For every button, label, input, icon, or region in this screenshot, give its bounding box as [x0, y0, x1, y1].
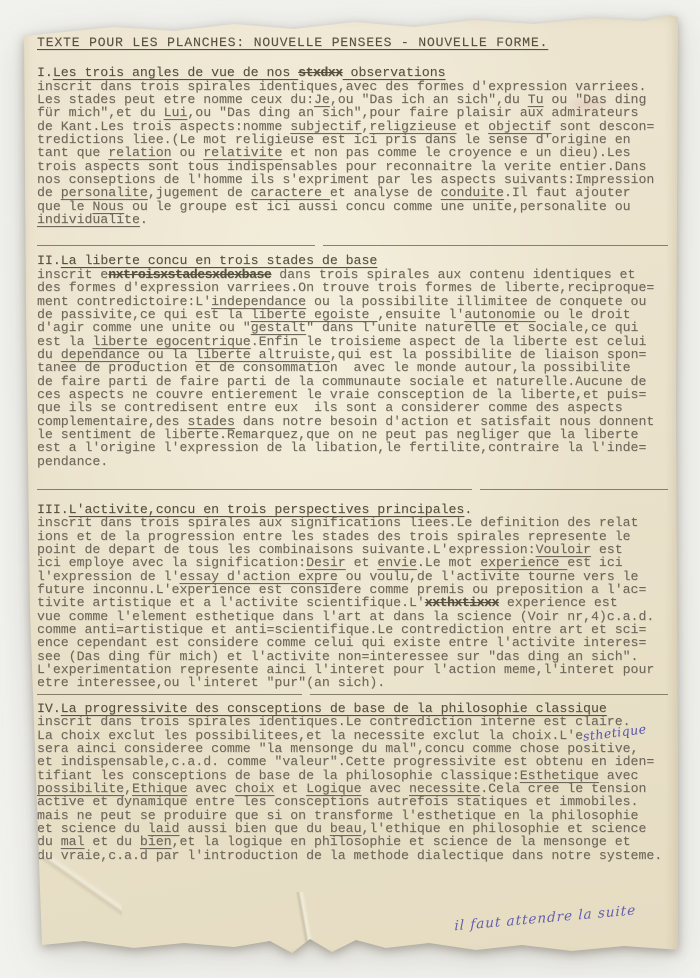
text-line: complementaire,des stades dans notre bes…: [37, 415, 668, 428]
typed-text: etre interessee,ou l'interet "pur"(an si…: [37, 675, 385, 690]
text-line: mais ne peut se produire que si on trans…: [37, 809, 668, 822]
divider-segment: [37, 694, 302, 695]
typed-text: ou le groupe est ici aussi concu comme u…: [124, 199, 630, 214]
text-line: La choix exclut les possibilitees,et la …: [37, 728, 668, 741]
typed-divider-rule: [37, 245, 668, 246]
text-line: ment contredictoire:L'independance ou la…: [37, 295, 668, 308]
text-line: inscrit dans trois spirales aux signific…: [37, 516, 668, 529]
text-line: l'expression de l'essay d'action expre o…: [37, 570, 668, 583]
scan-background: TEXTE POUR LES PLANCHES: NOUVELLE PENSEE…: [0, 0, 700, 978]
text-line: L'experimentation represente ainci l'int…: [37, 663, 668, 676]
text-line: inscrit enxtroisxstadesxdexbase dans tro…: [37, 268, 668, 281]
section-heading: III.L'activite,concu en trois perspectiv…: [37, 503, 668, 516]
text-line: que ils se contredisent entre eux ils so…: [37, 401, 668, 414]
text-line: du vraie,c.a.d par l'introduction de la …: [37, 849, 668, 862]
text-line: individualite.: [37, 213, 668, 226]
typed-text: du vraie,c.a.d par l'introduction de la …: [37, 848, 662, 863]
text-line: comme anti=artistique et anti=scientifiq…: [37, 623, 668, 636]
text-line: tanee de production et de consommation a…: [37, 361, 668, 374]
text-line: pendance.: [37, 455, 668, 468]
section-heading: IV.La progressivite des consceptions de …: [37, 702, 668, 715]
text-line: tivite artistique et a l'activite scient…: [37, 596, 668, 609]
typed-text: .: [140, 212, 148, 227]
text-line: du dependance ou la liberte altruiste,qu…: [37, 348, 668, 361]
typed-content: TEXTE POUR LES PLANCHES: NOUVELLE PENSEE…: [37, 36, 668, 862]
text-line: ence cependant est considere comme celui…: [37, 636, 668, 649]
text-line: see (Das ding für mich) et l'activite no…: [37, 650, 668, 663]
divider-segment: [310, 694, 668, 695]
text-line: vue comme l'element esthetique dans l'ar…: [37, 610, 668, 623]
text-line: für mich",et du Lui,ou "Das ding an sich…: [37, 106, 668, 119]
text-line: de passivite,ce qui est la liberte egois…: [37, 308, 668, 321]
typed-divider-rule: [37, 694, 668, 695]
section-heading: II.La liberte concu en trois stades de b…: [37, 254, 668, 267]
paper-sheet: TEXTE POUR LES PLANCHES: NOUVELLE PENSEE…: [24, 12, 678, 956]
text-line: sera ainci consideree comme "la mensonge…: [37, 742, 668, 755]
text-line: de faire parti de faire parti de la comm…: [37, 375, 668, 388]
typed-divider-rule: [37, 489, 668, 490]
section-IV: IV.La progressivite des consceptions de …: [37, 702, 668, 862]
text-line: future inconnu.L'experience est consider…: [37, 583, 668, 596]
divider-segment: [323, 245, 668, 246]
text-line: de personalite,jugement de caractere et …: [37, 186, 668, 199]
text-line: trois aspects sont tous indispensables p…: [37, 160, 668, 173]
text-line: inscrit dans trois spirales identiques,a…: [37, 80, 668, 93]
text-line: possibilite,Ethique avec choix et Logiqu…: [37, 782, 668, 795]
text-line: ici employe avec la signification:Desir …: [37, 556, 668, 569]
text-line: nos conseptions de l'homme ils s'exprime…: [37, 173, 668, 186]
section-heading: I.Les trois angles de vue de nos stxdxx …: [37, 66, 668, 79]
paper-shadow-wrap: TEXTE POUR LES PLANCHES: NOUVELLE PENSEE…: [0, 0, 700, 978]
section-III: III.L'activite,concu en trois perspectiv…: [37, 503, 668, 690]
text-line: d'agir comme une unite ou "gestalt" dans…: [37, 321, 668, 334]
text-line: que le Nous ou le groupe est ici aussi c…: [37, 200, 668, 213]
text-line: ions et de la progression entre les stad…: [37, 530, 668, 543]
text-line: Les stades peut etre nomme ceux du:Je,ou…: [37, 93, 668, 106]
text-line: tifiant les consceptions de base de la p…: [37, 769, 668, 782]
underlined-text: individualite: [37, 212, 140, 227]
typed-text: est a l'origine l'expression de la libat…: [37, 440, 646, 455]
divider-segment: [37, 245, 315, 246]
divider-segment: [480, 489, 668, 490]
text-line: active et dynamique entre les consceptio…: [37, 795, 668, 808]
text-line: ces aspects ne couvre entierement le vra…: [37, 388, 668, 401]
document-body: I.Les trois angles de vue de nos stxdxx …: [37, 66, 668, 862]
text-line: tant que relation ou relativite et non p…: [37, 146, 668, 159]
section-I: I.Les trois angles de vue de nos stxdxx …: [37, 66, 668, 226]
handwritten-note: il faut attendre la suite: [454, 898, 688, 935]
typed-text: pendance.: [37, 454, 108, 469]
text-line: de Kant.Les trois aspects:nomme subjecti…: [37, 120, 668, 133]
text-line: et indispensable,c.a.d. comme "valeur".C…: [37, 755, 668, 768]
paper-crease: [268, 892, 338, 947]
section-II: II.La liberte concu en trois stades de b…: [37, 254, 668, 468]
text-line: est a l'origine l'expression de la libat…: [37, 441, 668, 454]
typed-text: inscrit dans trois spirales identiques.L…: [37, 714, 631, 729]
text-line: tredictions liee.(Le mot religieuse est …: [37, 133, 668, 146]
text-line: et science du laid aussi bien que du bea…: [37, 822, 668, 835]
text-line: du mal et du bien,et la logique en philo…: [37, 835, 668, 848]
text-line: est la liberte egocentrique.Enfin le tro…: [37, 335, 668, 348]
text-line: des formes d'expression varriees.On trou…: [37, 281, 668, 294]
text-line: inscrit dans trois spirales identiques.L…: [37, 715, 668, 728]
text-line: etre interessee,ou l'interet "pur"(an si…: [37, 676, 668, 689]
divider-segment: [37, 489, 472, 490]
text-line: le sentiment de liberte.Remarquez,que on…: [37, 428, 668, 441]
text-line: point de depart de tous les combinaisons…: [37, 543, 668, 556]
document-title: TEXTE POUR LES PLANCHES: NOUVELLE PENSEE…: [37, 36, 668, 49]
